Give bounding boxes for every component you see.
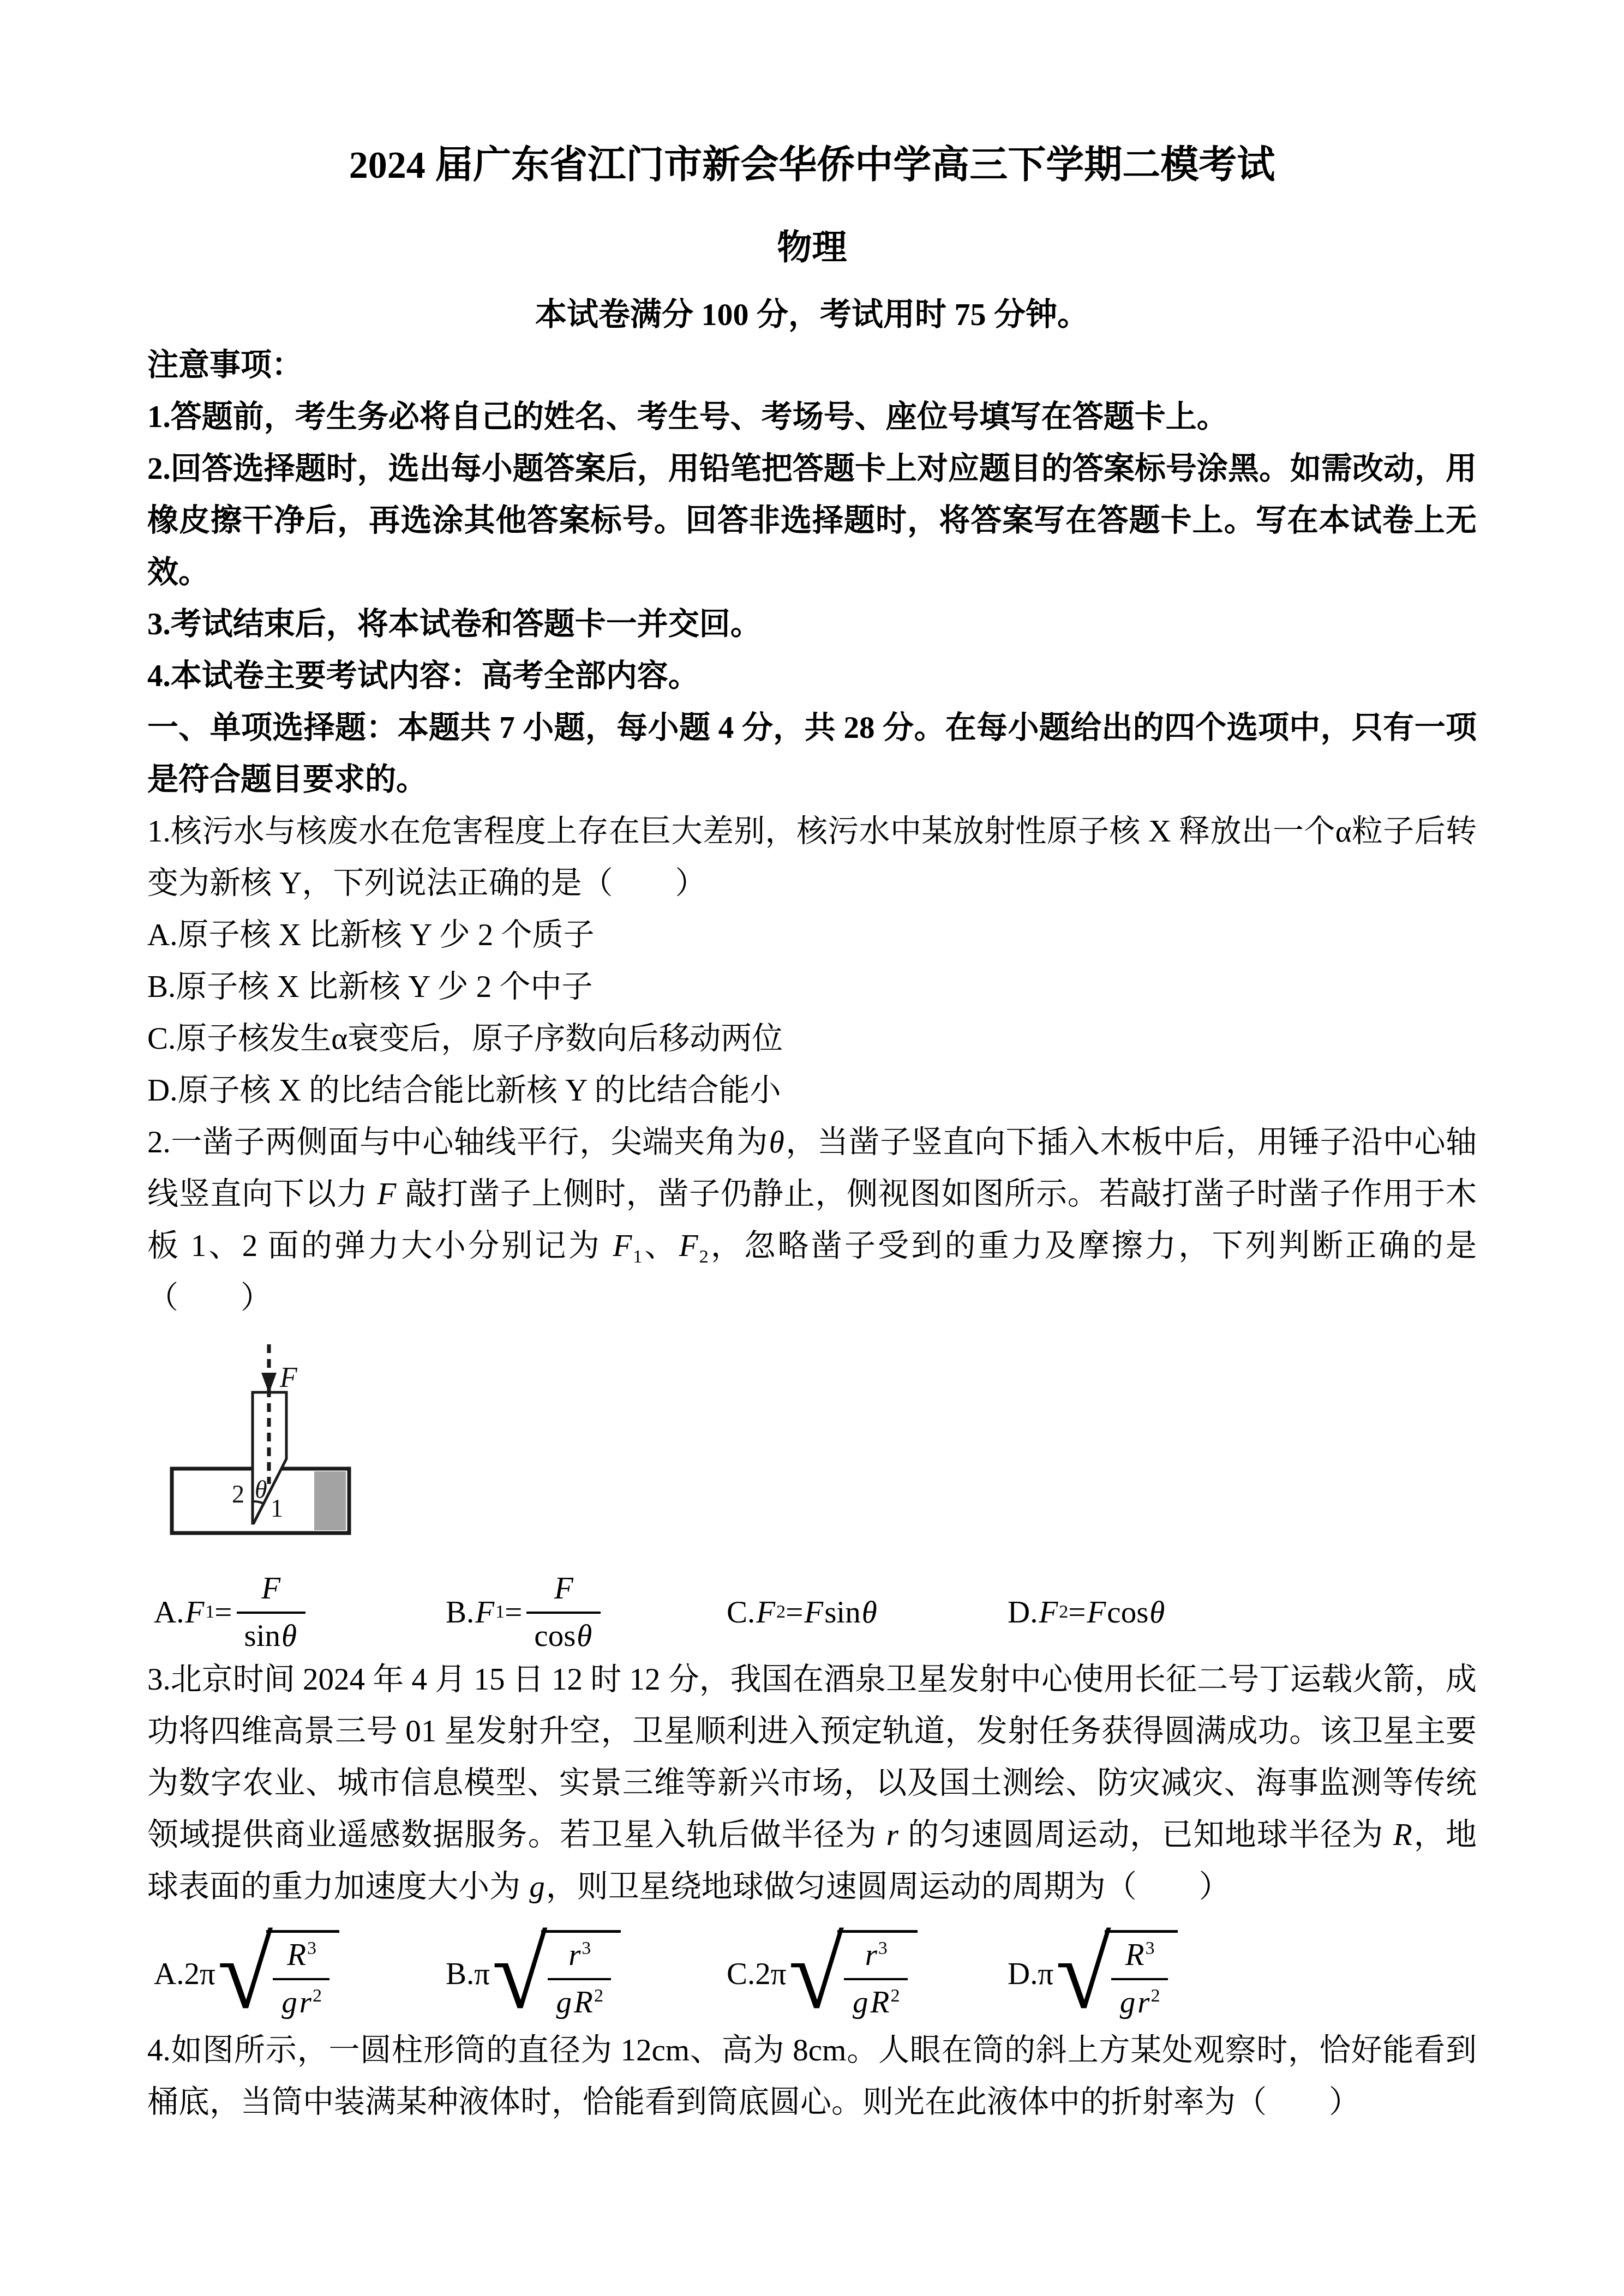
chisel-board-diagram: F 2 θ 1: [158, 1343, 360, 1561]
force-label: F: [279, 1362, 298, 1393]
question-1-stem: 1.核污水与核废水在危害程度上存在巨大差别，核污水中某放射性原子核 X 释放出一…: [147, 806, 1477, 909]
subject-title: 物理: [147, 221, 1477, 274]
exam-info: 本试卷满分 100 分，考试用时 75 分钟。: [147, 290, 1477, 339]
question-1-option-c: C.原子核发生α衰变后，原子序数向后移动两位: [147, 1013, 1477, 1065]
question-1-option-a: A.原子核 X 比新核 Y 少 2 个质子: [147, 909, 1477, 961]
exam-document: 2024 届广东省江门市新会华侨中学高三下学期二模考试 物理 本试卷满分 100…: [0, 0, 1624, 2296]
question-3-option-d: D.π√R3gr2: [1008, 1924, 1178, 2024]
question-2-options: A.F1=Fsinθ B.F1=Fcosθ C.F2=Fsinθ D.F2=Fc…: [147, 1571, 1477, 1654]
question-4-stem: 4.如图所示，一圆柱形筒的直径为 12cm、高为 8cm。人眼在筒的斜上方某处观…: [147, 2024, 1477, 2128]
face-label-left: 2: [232, 1480, 244, 1508]
note-item-2: 2.回答选择题时，选出每小题答案后，用铅笔把答题卡上对应题目的答案标号涂黑。如需…: [147, 443, 1477, 598]
wood-board-shaded-region: [314, 1471, 346, 1530]
question-2-option-b: B.F1=Fcosθ: [446, 1571, 727, 1654]
note-item-1: 1.答题前，考生务必将自己的姓名、考生号、考场号、座位号填写在答题卡上。: [147, 391, 1477, 443]
question-1-option-d: D.原子核 X 的比结合能比新核 Y 的比结合能小: [147, 1065, 1477, 1116]
question-3-option-b: B.π√r3gR2: [446, 1924, 727, 2024]
note-item-3: 3.考试结束后，将本试卷和答题卡一并交回。: [147, 598, 1477, 650]
question-3-option-a: A.2π√R3gr2: [154, 1924, 446, 2024]
force-arrowhead-icon: [261, 1373, 277, 1393]
question-3-option-c: C.2π√r3gR2: [727, 1924, 1008, 2024]
question-2-option-a: A.F1=Fsinθ: [154, 1571, 446, 1654]
face-label-right: 1: [271, 1494, 283, 1522]
notes-header: 注意事项：: [147, 339, 1477, 391]
question-3-options: A.2π√R3gr2 B.π√r3gR2 C.2π√r3gR2 D.π√R3gr…: [147, 1924, 1477, 2024]
question-1-option-b: B.原子核 X 比新核 Y 少 2 个中子: [147, 961, 1477, 1013]
note-item-4: 4.本试卷主要考试内容：高考全部内容。: [147, 650, 1477, 702]
question-3-stem: 3.北京时间 2024 年 4 月 15 日 12 时 12 分，我国在酒泉卫星…: [147, 1654, 1477, 1913]
question-2-option-d: D.F2=Fcosθ: [1008, 1595, 1166, 1630]
exam-title: 2024 届广东省江门市新会华侨中学高三下学期二模考试: [147, 141, 1477, 191]
question-2-stem: 2.一凿子两侧面与中心轴线平行，尖端夹角为θ，当凿子竖直向下插入木板中后，用锤子…: [147, 1116, 1477, 1324]
section-1-header: 一、单项选择题：本题共 7 小题，每小题 4 分，共 28 分。在每小题给出的四…: [147, 702, 1477, 806]
angle-label: θ: [255, 1476, 267, 1504]
question-2-figure: F 2 θ 1: [158, 1343, 1477, 1564]
question-2-option-c: C.F2=Fsinθ: [727, 1595, 1008, 1630]
